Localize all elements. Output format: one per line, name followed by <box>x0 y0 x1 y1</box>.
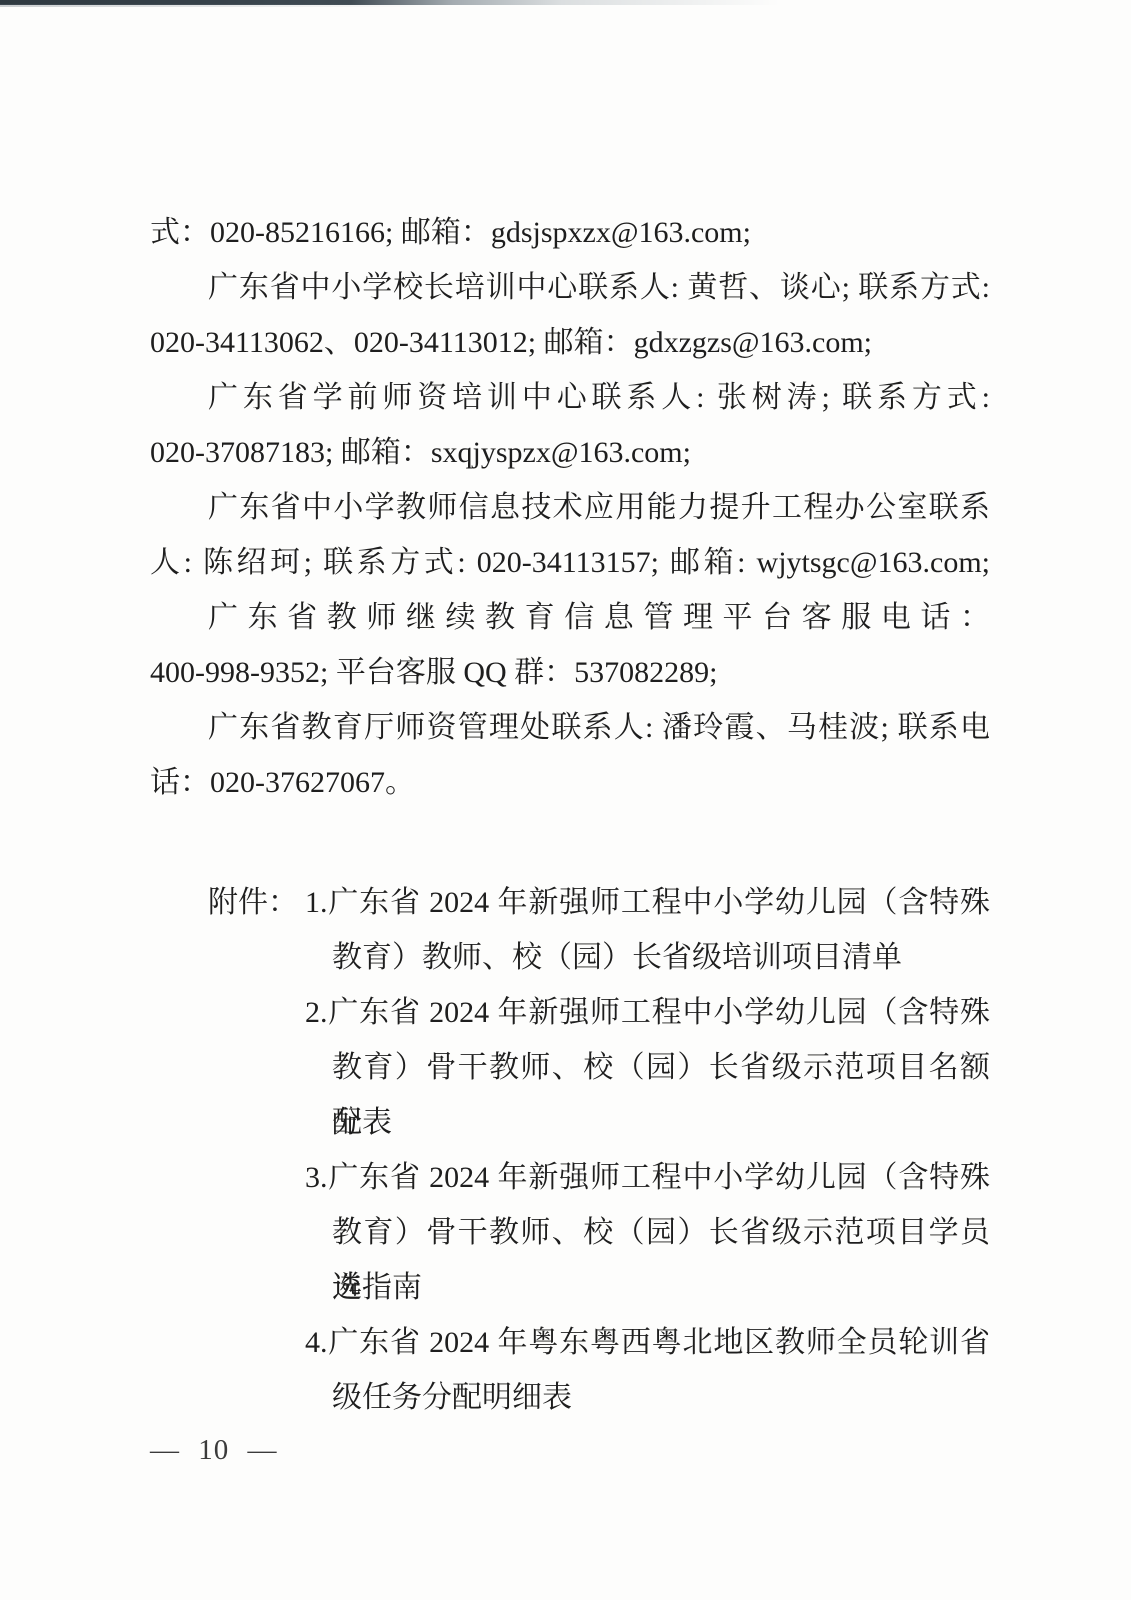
scan-artifact-smudge <box>0 4 430 7</box>
attachment-line: 教育）骨干教师、校（园）长省级示范项目学员遴 <box>150 1205 990 1260</box>
page-number: — 10 — <box>150 1434 278 1467</box>
text-line: 广东省教师继续教育信息管理平台客服电话： <box>150 590 990 645</box>
document-body: 式：020-85216166; 邮箱：gdsjspxzx@163.com;广东省… <box>150 205 990 1425</box>
attachment-line: 3.广东省 2024 年新强师工程中小学幼儿园（含特殊 <box>150 1150 990 1205</box>
attachment-line: 教育）教师、校（园）长省级培训项目清单 <box>150 930 990 985</box>
paragraph-gap <box>150 810 990 875</box>
text-line: 话：020-37627067。 <box>150 755 990 810</box>
document-page: 式：020-85216166; 邮箱：gdsjspxzx@163.com;广东省… <box>0 0 1131 1600</box>
attachments-list: 1.广东省 2024 年新强师工程中小学幼儿园（含特殊教育）教师、校（园）长省级… <box>150 875 990 1425</box>
text-line: 广东省学前师资培训中心联系人: 张树涛; 联系方式: <box>150 370 990 425</box>
text-line: 人: 陈绍珂; 联系方式: 020-34113157; 邮箱: wjytsgc@… <box>150 535 990 590</box>
attachment-line: 配表 <box>150 1095 990 1150</box>
text-line: 广东省教育厅师资管理处联系人: 潘玲霞、马桂波; 联系电 <box>150 700 990 755</box>
text-line: 广东省中小学校长培训中心联系人: 黄哲、谈心; 联系方式: <box>150 260 990 315</box>
text-line: 400-998-9352; 平台客服 QQ 群：537082289; <box>150 645 990 700</box>
attachment-line: 选指南 <box>150 1260 990 1315</box>
text-line: 020-37087183; 邮箱：sxqjyspzx@163.com; <box>150 425 990 480</box>
attachments-label: 附件： <box>208 875 298 930</box>
text-line: 式：020-85216166; 邮箱：gdsjspxzx@163.com; <box>150 205 990 260</box>
attachment-line: 4.广东省 2024 年粤东粤西粤北地区教师全员轮训省 <box>150 1315 990 1370</box>
attachment-line: 教育）骨干教师、校（园）长省级示范项目名额分 <box>150 1040 990 1095</box>
attachments-section: 附件： 1.广东省 2024 年新强师工程中小学幼儿园（含特殊教育）教师、校（园… <box>150 875 990 1425</box>
contact-info-section: 式：020-85216166; 邮箱：gdsjspxzx@163.com;广东省… <box>150 205 990 810</box>
text-line: 020-34113062、020-34113012; 邮箱：gdxzgzs@16… <box>150 315 990 370</box>
attachment-line: 2.广东省 2024 年新强师工程中小学幼儿园（含特殊 <box>150 985 990 1040</box>
attachment-line: 级任务分配明细表 <box>150 1370 990 1425</box>
text-line: 广东省中小学教师信息技术应用能力提升工程办公室联系 <box>150 480 990 535</box>
